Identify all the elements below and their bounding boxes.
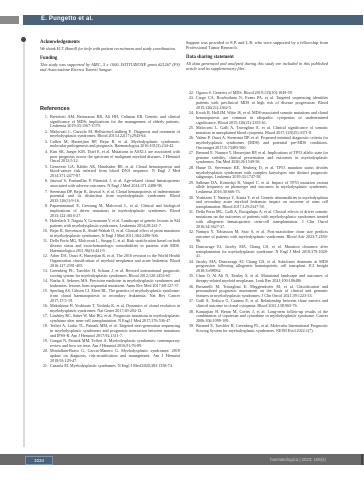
reference-item: 21.Cazzola M. Myelodysplastic syndromes.… [40,364,180,369]
reference-item: 26.Valent P, Orazi A, Steensma DP, et al… [186,136,328,150]
reference-text: Valent P, Orazi A, Steensma DP, et al. P… [196,136,328,150]
reference-text: Bertolotti AM, Bettazzoni RR, Ali HH, Ca… [50,115,180,129]
reference-number: 30. [186,196,196,210]
funding-heading: Funding [40,57,180,62]
reference-number: 35. [186,274,196,284]
reference-item: 27.Bernard E, Nannya Y, Hasserjian RP, e… [186,151,328,165]
reference-number: 9. [40,219,50,229]
reference-item: 16.Makishima H, Yoshizato T, Yoshida K, … [40,304,180,314]
reference-item: 11.Della Porta MG, Malcovati L, Strupp C… [40,239,180,253]
running-header: E. Pungetto et al. [23,15,363,25]
reference-number: 13. [40,269,50,279]
page-number: 1034 [25,456,53,465]
reference-number: 7. [40,190,50,204]
reference-number: 27. [186,151,196,165]
reference-item: 15.Sperling AS, Gibson CJ, Ebert BL. The… [40,289,180,303]
reference-number: 20. [40,349,50,363]
reference-number: 2. [40,130,50,140]
reference-number: 31. [186,210,196,229]
reference-text: Chan O, Al Ali N, Tinsley S, et al. Muta… [196,274,328,284]
reference-item: 6.Jaiswal S, Fontanillas P, Flannick J, … [40,179,180,189]
reference-item: 14.Nazha A, Sekeres MA. Precision medici… [40,279,180,289]
reference-item: 37.Gallì A, Todisco G, Catamo E, et al. … [186,299,328,309]
margin-rail [23,37,25,447]
reference-item: 5.Genovese GA, Kähler AK, Handsaker RE, … [40,165,180,179]
reference-text: Kim SK, Jaeger KM, Thiel E, et al. Mutat… [50,150,180,164]
reference-item: 18.Tefferi A, Lasho TL, Patnaik MM, et a… [40,324,180,338]
reference-text: Malcovati L, Cazzola M, Hellström-Lindbe… [50,130,180,140]
reference-number: 33. [186,245,196,259]
reference-item: 7.Steensma DP, Bejar R, Jaiswal S, et al… [40,190,180,204]
reference-text: Gangat N, Patnaik MM, Tefferi A. Myelody… [50,339,180,349]
reference-text: Yoshizato T, Nannya Y, Atsuta Y, et al. … [196,196,328,210]
reference-number: 37. [186,299,196,309]
reference-item: 19.Gangat N, Patnaik MM, Tefferi A. Myel… [40,339,180,349]
reference-number: 24. [186,111,196,125]
reference-text: Haferlach T, Nagata Y, Grossmann V, et a… [50,219,180,229]
reference-text: Malcovati L, Gallì A, Travaglino E, et a… [196,126,328,136]
reference-item: 20.Montalban-Bravo G, Garcia-Manero G. M… [40,349,180,363]
reference-number: 36. [186,285,196,299]
reference-number: 25. [186,126,196,136]
reference-text: Papaemmanuil E, Gerstung M, Malcovati L,… [50,204,180,218]
reference-item: 2.Malcovati L, Cazzola M, Hellström-Lind… [40,130,180,140]
journal-info: haematologica | 2023; 108(4) [270,457,326,462]
reference-item: 25.Malcovati L, Gallì A, Travaglino E, e… [186,126,328,136]
reference-text: Gallì A, Todisco G, Catamo E, et al. Rel… [196,299,328,309]
reference-number: 17. [40,314,50,324]
rail-marker-icon [21,37,26,42]
reference-number: 19. [40,339,50,349]
right-column-front-matter: Support was provided to E.P. and L.R. wh… [186,41,328,77]
reference-number: 8. [40,204,50,218]
reference-number: 1. [40,115,50,129]
reference-text: Kwok B, Hall JM, Witte JS, et al. MDS-as… [196,111,328,125]
reference-number: 3. [40,140,50,150]
reference-text: Steensma DP, Bejar R, Jaiswal S, et al. … [50,190,180,204]
reference-text: Nazha A, Sekeres MA. Precision medicine … [50,279,180,289]
funding-text: This study was supported by AIRC, 5 x 10… [40,63,180,73]
reference-number: 38. [186,310,196,324]
continued-text: Support was provided to E.P. and L.R. wh… [186,41,328,51]
reference-text: Tefferi A, Lasho TL, Patnaik MM, et al. … [50,324,180,338]
reference-text: Bernard E, Tuechler H, Greenberg PL, et … [196,324,328,334]
acknowledgements-text: We thank H.T. Hamill for help with patie… [40,47,180,52]
reference-item: 28.Haase D, Stevenson KE, Neuberg D, et … [186,166,328,180]
reference-item: 30.Yoshizato T, Nannya Y, Atsuta Y, et a… [186,196,328,210]
reference-item: 24.Kwok B, Hall JM, Witte JS, et al. MDS… [186,111,328,125]
reference-item: 1.Bertolotti AM, Bettazzoni RR, Ali HH, … [40,115,180,129]
reference-number: 32. [186,230,196,244]
header-left-block [0,16,19,24]
reference-item: 29.Sallman DA, Komrokji R, Vaupel C, et … [186,181,328,195]
reference-item: 38.Kantarjian H, Beran M, Cortes J, et a… [186,310,328,324]
reference-item: 9.Haferlach T, Nagata Y, Grossmann V, et… [40,219,180,229]
reference-number: 6. [40,179,50,189]
reference-number: 21. [40,364,50,369]
reference-item: 13.Greenberg PL, Tuechler H, Schanz J, e… [40,269,180,279]
running-title: E. Pungetto et al. [41,16,93,22]
reference-number: 12. [40,254,50,268]
reference-item: 33.Duncavage EJ, Jacoby MA, Chang GS, et… [186,245,328,259]
reference-item: 36.Bersanelli M, Travaglino E, Meggendor… [186,285,328,299]
reference-number: 18. [40,324,50,338]
reference-number: 28. [186,166,196,180]
reference-item: 8.Papaemmanuil E, Gerstung M, Malcovati … [40,204,180,218]
reference-text: Cazzola M. Myelodysplastic syndromes. N … [50,364,180,369]
references-right-column: 22.Ogawa S. Genetics of MDS. Blood 2019;… [186,91,328,334]
reference-text: Sperling AS, Gibson CJ, Ebert BL. The ge… [50,289,180,303]
reference-item: 23.Cargo CA, Rowbotham N, Evans PA, et a… [186,96,328,110]
reference-number: 23. [186,96,196,110]
reference-item: 10.Bejar R, Stevenson K, Abdel-Wahab O, … [40,229,180,239]
reference-item: 39.Bernard E, Tuechler H, Greenberg PL, … [186,324,328,334]
reference-text: Jaiswal S, Fontanillas P, Flannick J, et… [50,179,180,189]
reference-text: Haase D, Stevenson KE, Neuberg D, et al.… [196,166,328,180]
reference-text: Cargo CA, Rowbotham N, Evans PA, et al. … [196,96,328,110]
reference-text: Bernard E, Nannya Y, Hasserjian RP, et a… [196,151,328,165]
reference-text: Makishima H, Yoshizato T, Yoshida K, et … [50,304,180,314]
reference-number: 5. [40,165,50,179]
data-sharing-heading: Data sharing statement [186,56,328,61]
reference-text: Nannya Y, Tobiasson M, Sato S, et al. Po… [196,230,328,244]
reference-number: 39. [186,324,196,334]
reference-text: Kantarjian H, Beran M, Cortes J, et al. … [196,310,328,324]
reference-text: Bersanelli M, Travaglino E, Meggendorfer… [196,285,328,299]
reference-text: Cullen M, Hasserjian RP, Bejar R, et al.… [50,140,180,150]
reference-text: Duncavage EJ, Jacoby MA, Chang GS, et al… [196,245,328,259]
reference-text: Arber DA, Orazi A, Hasserjian R, et al. … [50,254,180,268]
reference-number: 10. [40,229,50,239]
footer-end-mark [361,454,363,465]
reference-item: 17.Lindsley RC, Saber W, Mar BG, et al. … [40,314,180,324]
reference-text: Greenberg PL, Tuechler H, Schanz J, et a… [50,269,180,279]
reference-number: 29. [186,181,196,195]
data-sharing-text: All data generated and analyzed during t… [186,62,328,72]
reference-item: 35.Chan O, Al Ali N, Tinsley S, et al. M… [186,274,328,284]
references-heading: References [40,107,180,112]
reference-item: 3.Cullen M, Hasserjian RP, Bejar R, et a… [40,140,180,150]
reference-text: Lindsley RC, Saber W, Mar BG, et al. Pro… [50,314,180,324]
reference-number: 34. [186,260,196,274]
reference-item: 12.Arber DA, Orazi A, Hasserjian R, et a… [40,254,180,268]
reference-text: Genovese GA, Kähler AK, Handsaker RE, et… [50,165,180,179]
reference-number: 4. [40,150,50,164]
reference-item: 31.Della Porta MG, Gallì A, Bacigalupo A… [186,210,328,229]
reference-number: 15. [40,289,50,303]
reference-text: Bejar R, Stevenson K, Abdel-Wahab O, et … [50,229,180,239]
reference-number: 26. [186,136,196,150]
reference-number: 14. [40,279,50,289]
reference-item: 34.Jacoby MA, Duncavage EJ, Chang GS, et… [186,260,328,274]
reference-item: 4.Kim SK, Jaeger KM, Thiel E, et al. Mut… [40,150,180,164]
reference-item: 32.Nannya Y, Tobiasson M, Sato S, et al.… [186,230,328,244]
reference-text: Jacoby MA, Duncavage EJ, Chang GS, et al… [196,260,328,274]
left-column-front-matter: Acknowledgements We thank H.T. Hamill fo… [40,41,180,78]
reference-text: Della Porta MG, Gallì A, Bacigalupo A, e… [196,210,328,229]
reference-text: Montalban-Bravo G, Garcia-Manero G. Myel… [50,349,180,363]
reference-number: 16. [40,304,50,314]
reference-number: 11. [40,239,50,253]
references-left-column: References 1.Bertolotti AM, Bettazzoni R… [40,101,180,369]
reference-text: Sallman DA, Komrokji R, Vaupel C, et al.… [196,181,328,195]
reference-text: Della Porta MG, Malcovati L, Strupp C, e… [50,239,180,253]
